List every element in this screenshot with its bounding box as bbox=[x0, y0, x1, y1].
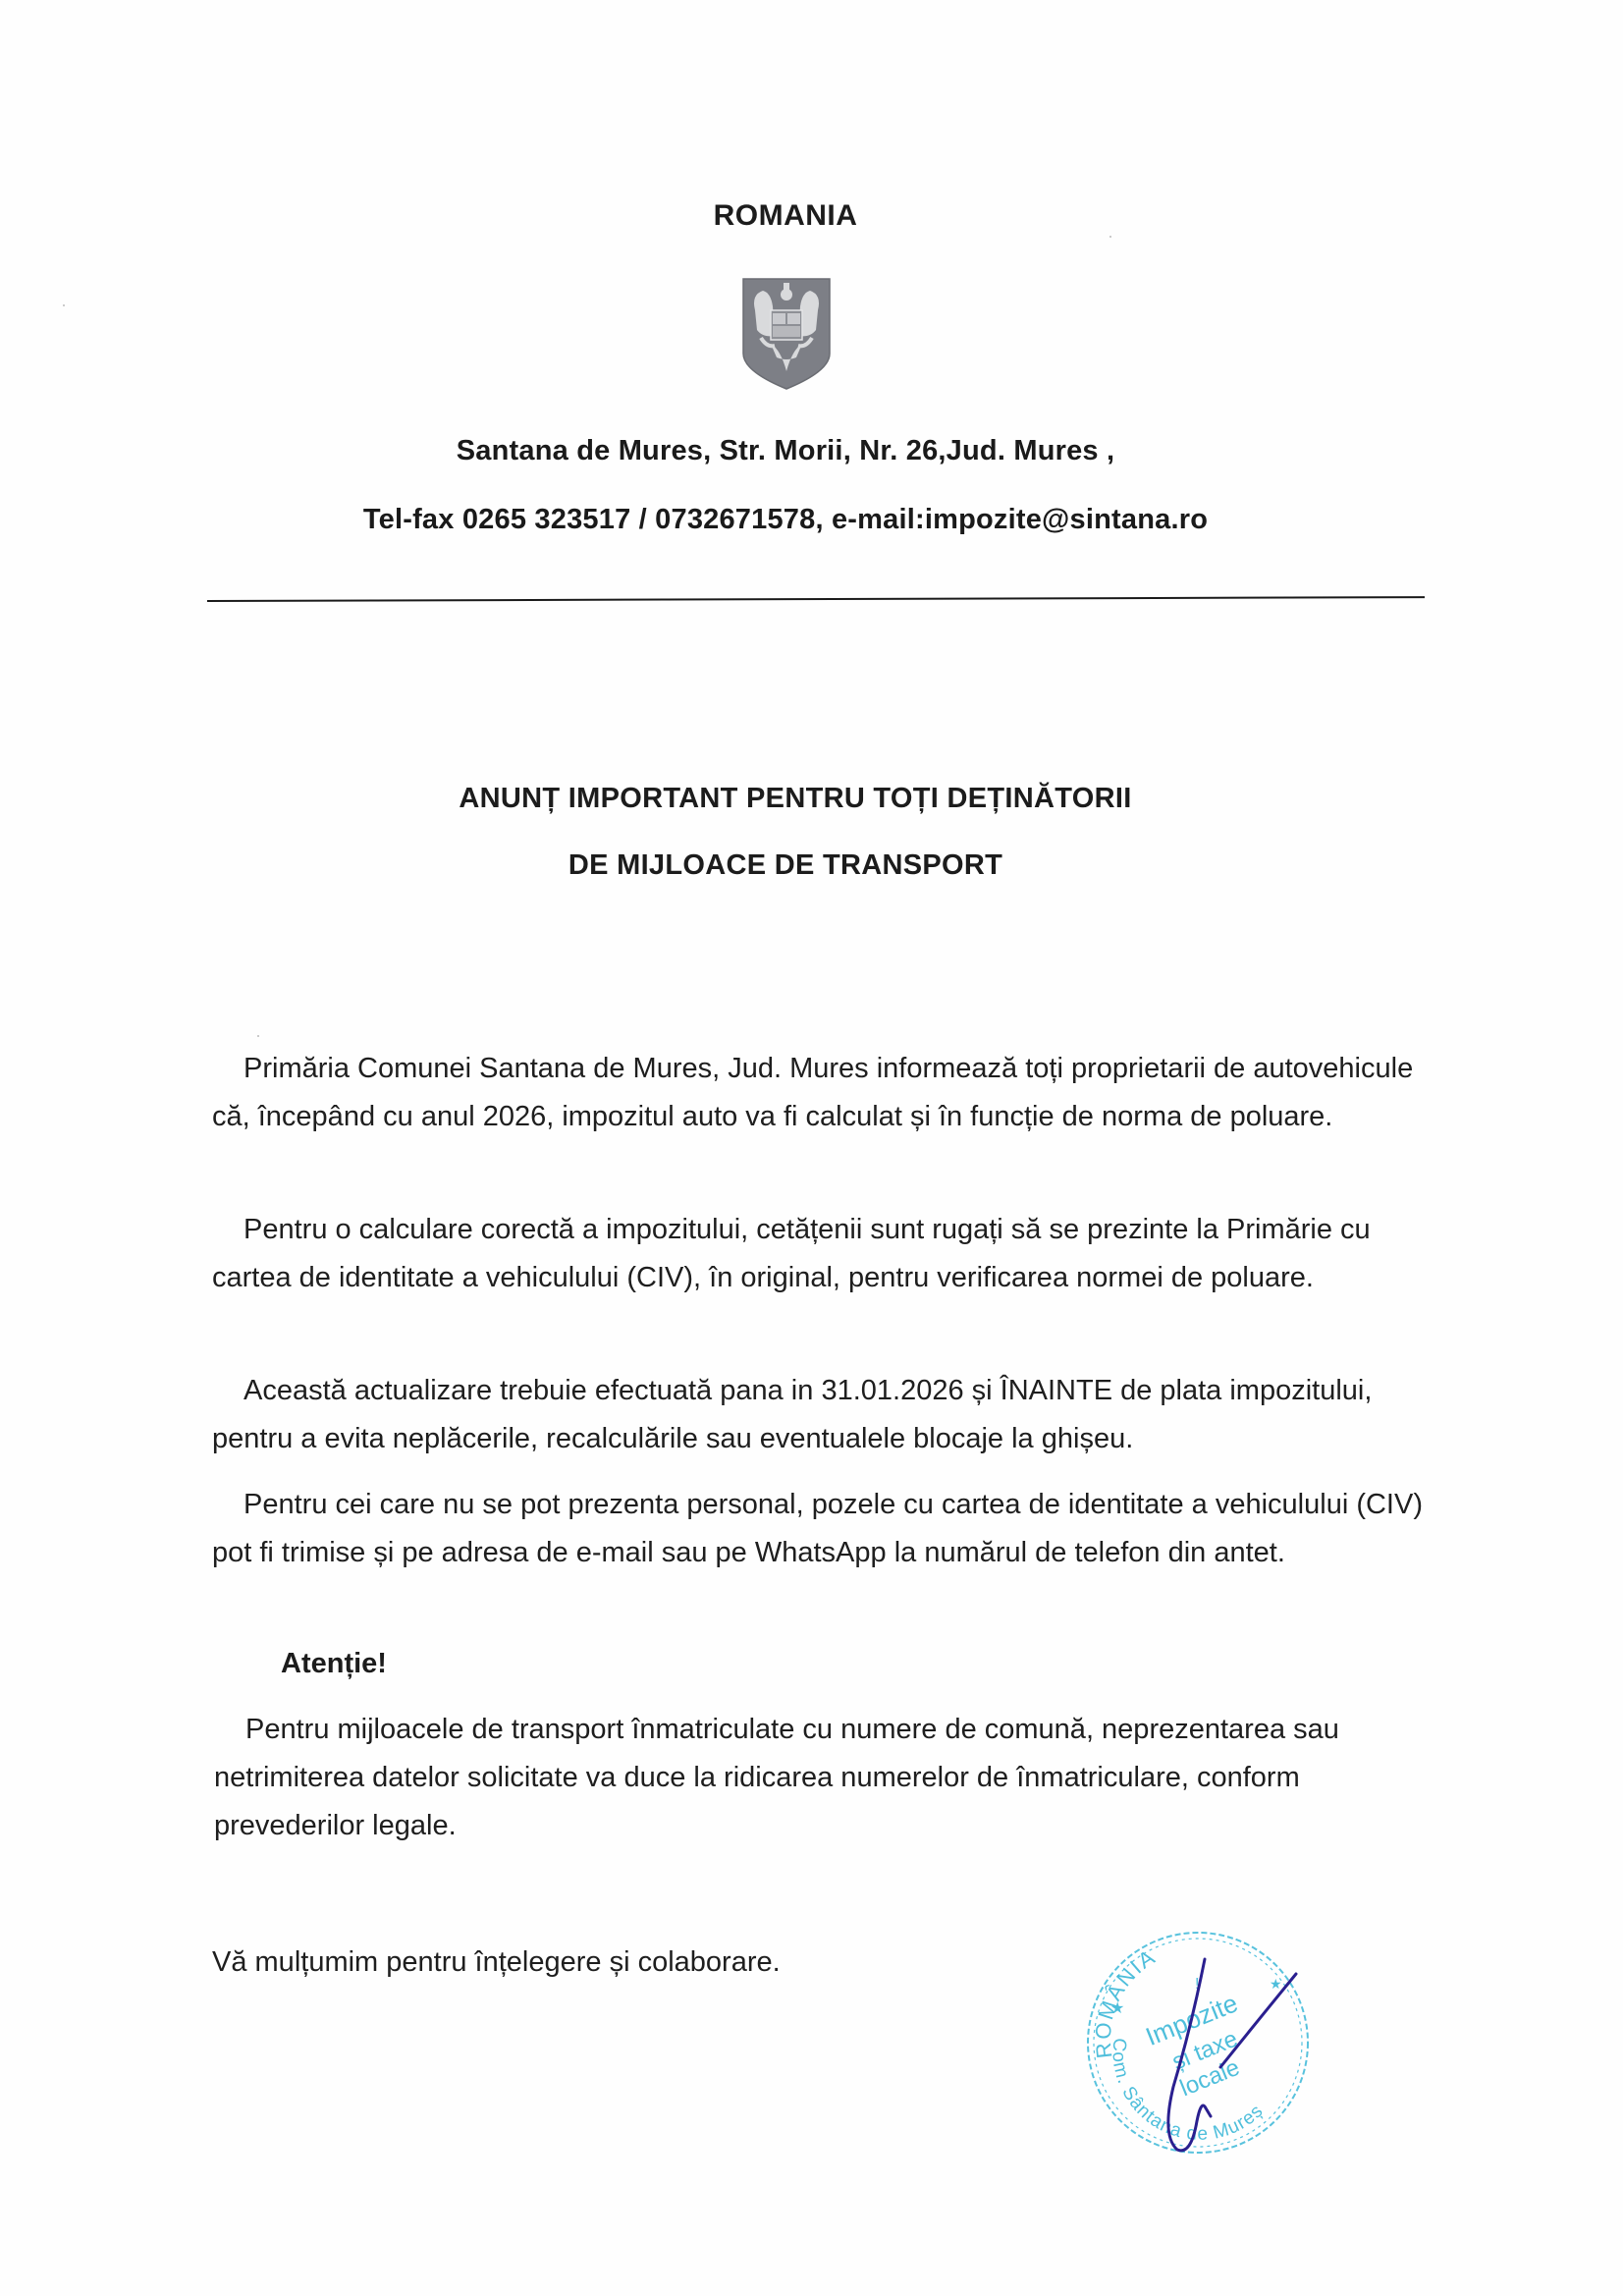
paragraph-text: Pentru cei care nu se pot prezenta perso… bbox=[212, 1481, 1449, 1577]
document-page: ROMANIA Santana de Mures, Str. Morii, Nr… bbox=[0, 0, 1623, 2296]
paragraph-text: Această actualizare trebuie efectuată pa… bbox=[212, 1367, 1449, 1463]
announcement-title-line-2: DE MIJLOACE DE TRANSPORT bbox=[0, 849, 1571, 882]
paragraph-civ-presentation: Pentru o calculare corectă a impozitului… bbox=[212, 1206, 1449, 1302]
closing-thanks: Vă mulțumim pentru înțelegere și colabor… bbox=[212, 1946, 781, 1979]
paragraph-attention: Pentru mijloacele de transport înmatricu… bbox=[214, 1706, 1451, 1850]
paragraph-deadline: Această actualizare trebuie efectuată pa… bbox=[212, 1367, 1449, 1463]
header-divider bbox=[207, 596, 1425, 602]
svg-text:★: ★ bbox=[1270, 1976, 1282, 1992]
svg-text:★: ★ bbox=[1110, 2000, 1124, 2017]
announcement-title-line-1: ANUNȚ IMPORTANT PENTRU TOȚI DEȚINĂTORII bbox=[10, 783, 1581, 815]
paragraph-text: Primăria Comunei Santana de Mures, Jud. … bbox=[212, 1045, 1449, 1141]
paragraph-remote-submission: Pentru cei care nu se pot prezenta perso… bbox=[212, 1481, 1449, 1577]
institution-address: Santana de Mures, Str. Morii, Nr. 26,Jud… bbox=[0, 435, 1571, 467]
romanian-coat-of-arms-icon bbox=[741, 277, 832, 391]
attention-label: Atenție! bbox=[281, 1648, 387, 1680]
scan-speck bbox=[257, 1035, 259, 1037]
official-stamp-icon: ROMÂNIA Com. Sântana de Mureș ★ ★ ! Impo… bbox=[1075, 1920, 1321, 2165]
paragraph-tax-calculation: Primăria Comunei Santana de Mures, Jud. … bbox=[212, 1045, 1449, 1141]
paragraph-text: Pentru o calculare corectă a impozitului… bbox=[212, 1206, 1449, 1302]
scan-speck bbox=[1109, 236, 1111, 238]
country-heading: ROMANIA bbox=[0, 199, 1571, 233]
institution-contact: Tel-fax 0265 323517 / 0732671578, e-mail… bbox=[0, 504, 1571, 536]
paragraph-text: Pentru mijloacele de transport înmatricu… bbox=[214, 1706, 1451, 1850]
scan-speck bbox=[63, 304, 65, 306]
